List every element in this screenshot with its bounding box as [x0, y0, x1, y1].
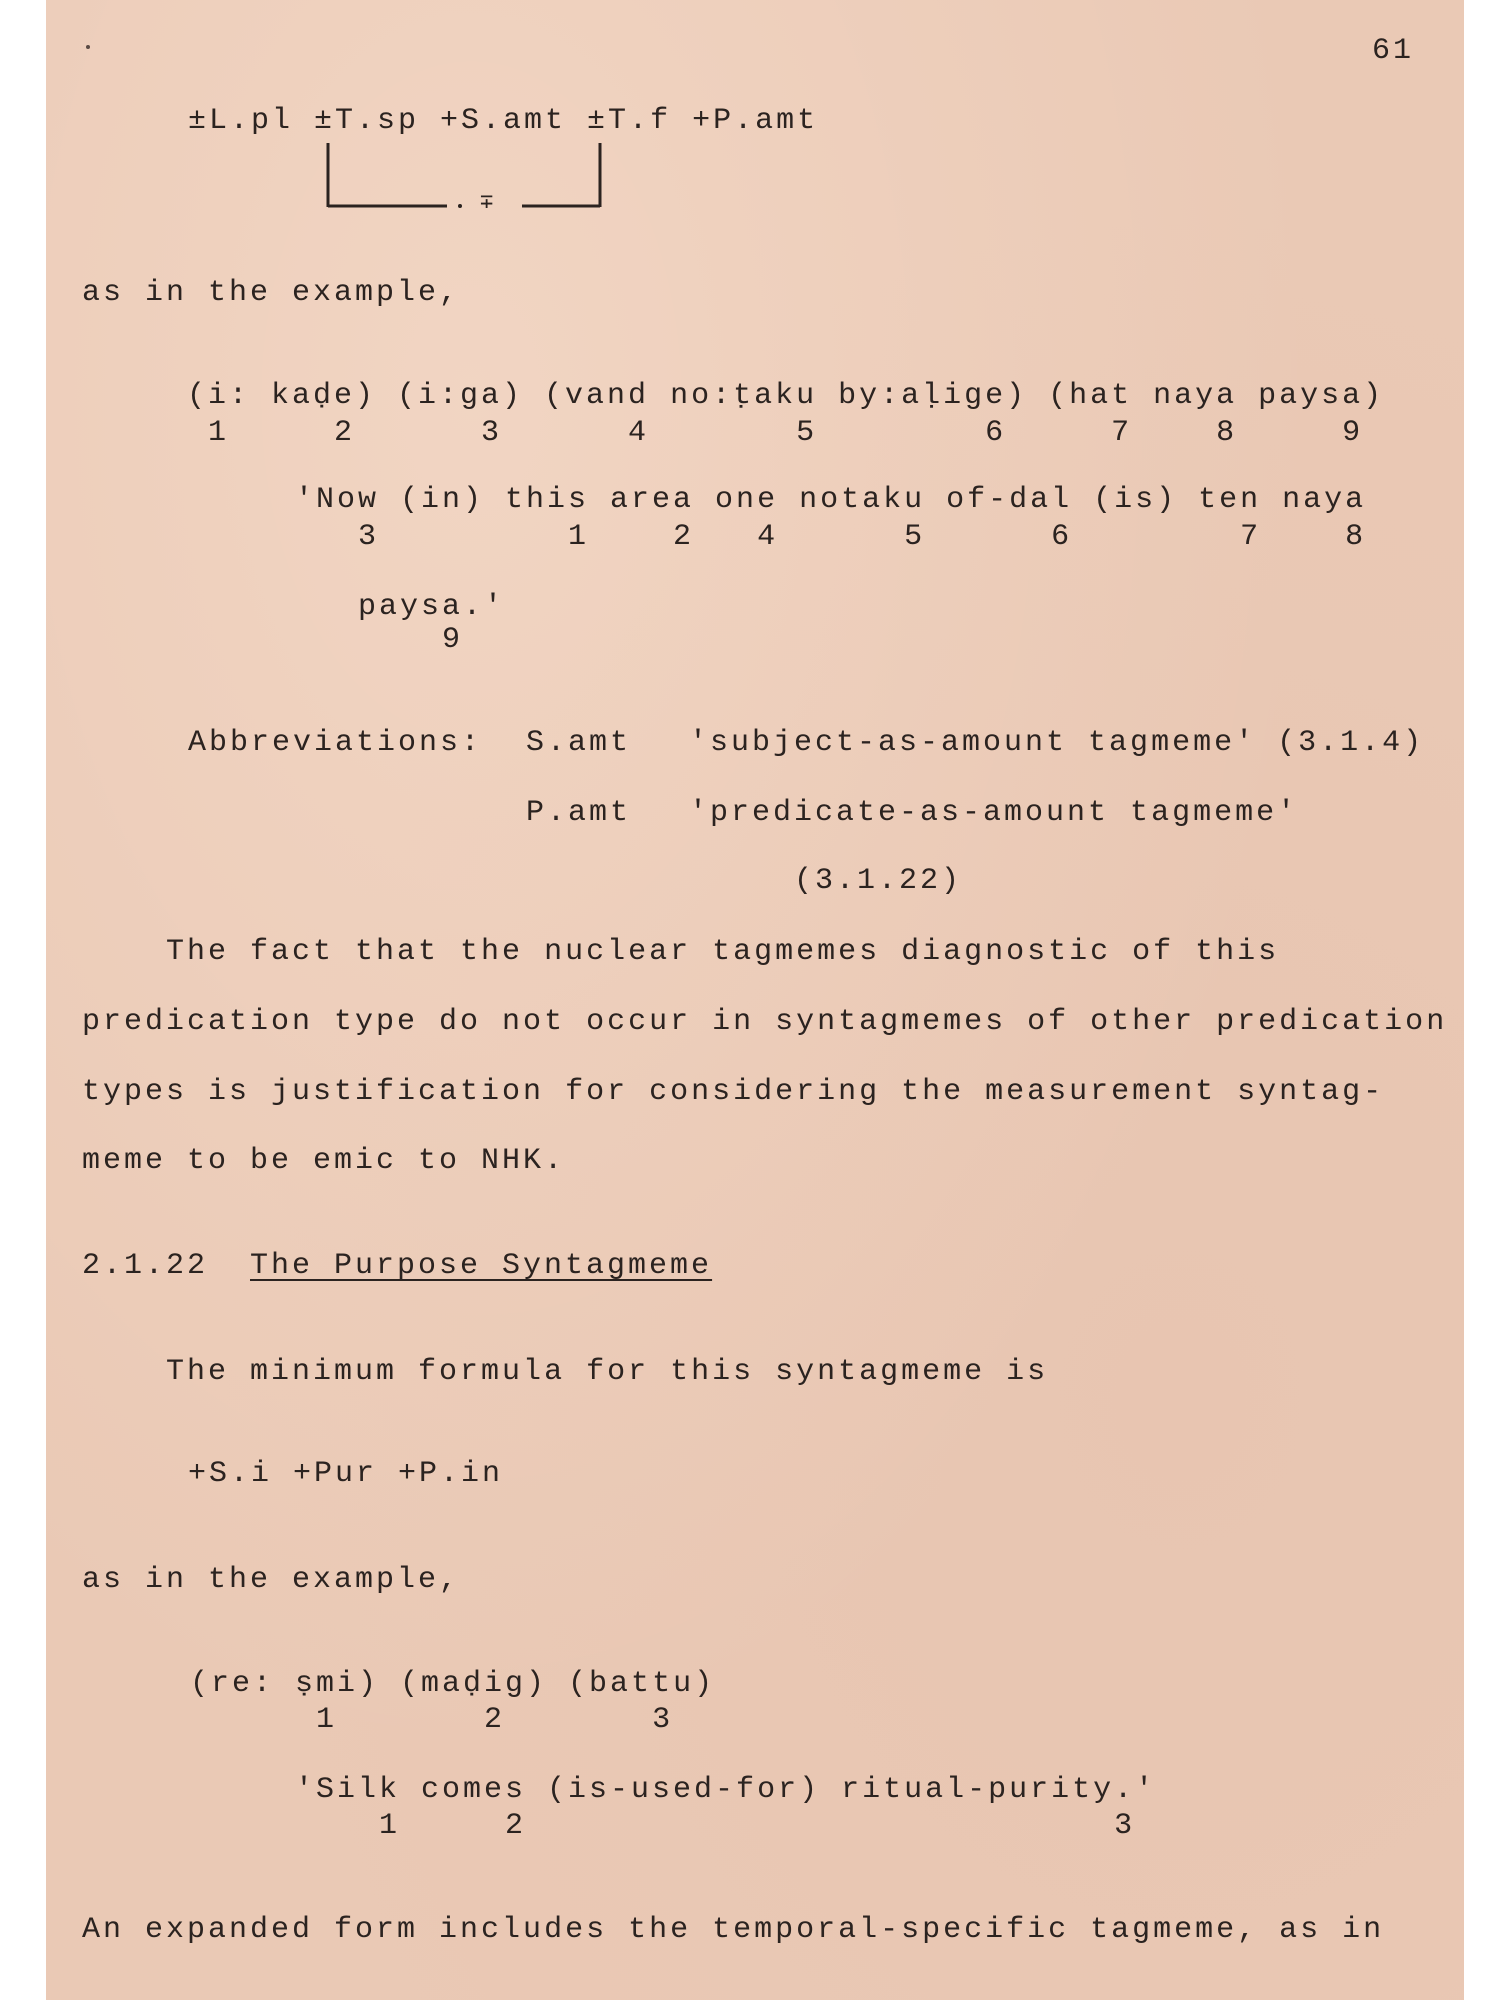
example-1-translation-1: 'Now (in) this area one notaku of-dal (i… [295, 482, 1366, 518]
minus-plus-symbol: ∓ [480, 185, 493, 221]
example-1-translation-numbers-2: 9 [358, 622, 463, 658]
abbreviation-meaning: 'predicate-as-amount tagmeme' [689, 795, 1298, 831]
abbreviation-term: P.amt [526, 795, 631, 831]
abbreviation-term: S.amt [526, 725, 631, 761]
example-2-translation-numbers: 1 2 3 [295, 1808, 1135, 1844]
intro-text-2: as in the example, [82, 1562, 460, 1598]
paragraph-line: The fact that the nuclear tagmemes diagn… [82, 934, 1279, 970]
section-title: The Purpose Syntagmeme [250, 1248, 712, 1284]
typewritten-page: 61 ±L.pl ±T.sp +S.amt ±T.f +P.amt ∓ as i… [46, 0, 1464, 2000]
example-1-numbers: 1 2 3 4 5 6 7 8 9 [187, 415, 1363, 451]
formula-bracket: ∓ [326, 143, 602, 207]
ink-speck [86, 45, 90, 49]
example-1-text: (i: kaḍe) (i:ga) (vand no:ṭaku by:aḷige)… [187, 378, 1384, 414]
intro-text-1: as in the example, [82, 275, 460, 311]
section-number: 2.1.22 [82, 1248, 208, 1284]
paragraph-2: The minimum formula for this syntagmeme … [82, 1354, 1048, 1390]
example-1-translation-2: paysa.' [358, 589, 505, 625]
abbreviation-meaning: 'subject-as-amount tagmeme' (3.1.4) [689, 725, 1424, 761]
example-2-numbers: 1 2 3 [190, 1702, 673, 1738]
paragraph-line: meme to be emic to NHK. [82, 1143, 565, 1179]
formula-measurement: ±L.pl ±T.sp +S.amt ±T.f +P.amt [188, 103, 818, 139]
abbreviations-label: Abbreviations: [188, 725, 482, 761]
closing-line: An expanded form includes the temporal-s… [82, 1912, 1384, 1948]
example-1-translation-numbers-1: 3 1 2 4 5 6 7 8 [295, 519, 1366, 555]
paragraph-line: types is justification for considering t… [82, 1074, 1384, 1110]
example-2-text: (re: ṣmi) (maḍig) (battu) [190, 1666, 715, 1702]
formula-purpose: +S.i +Pur +P.in [188, 1456, 503, 1492]
bracket-lines [326, 143, 602, 209]
page-number: 61 [1372, 33, 1414, 69]
paragraph-line: predication type do not occur in syntagm… [82, 1004, 1447, 1040]
abbreviation-continuation: (3.1.22) [794, 863, 962, 899]
example-2-translation: 'Silk comes (is-used-for) ritual-purity.… [295, 1772, 1156, 1808]
